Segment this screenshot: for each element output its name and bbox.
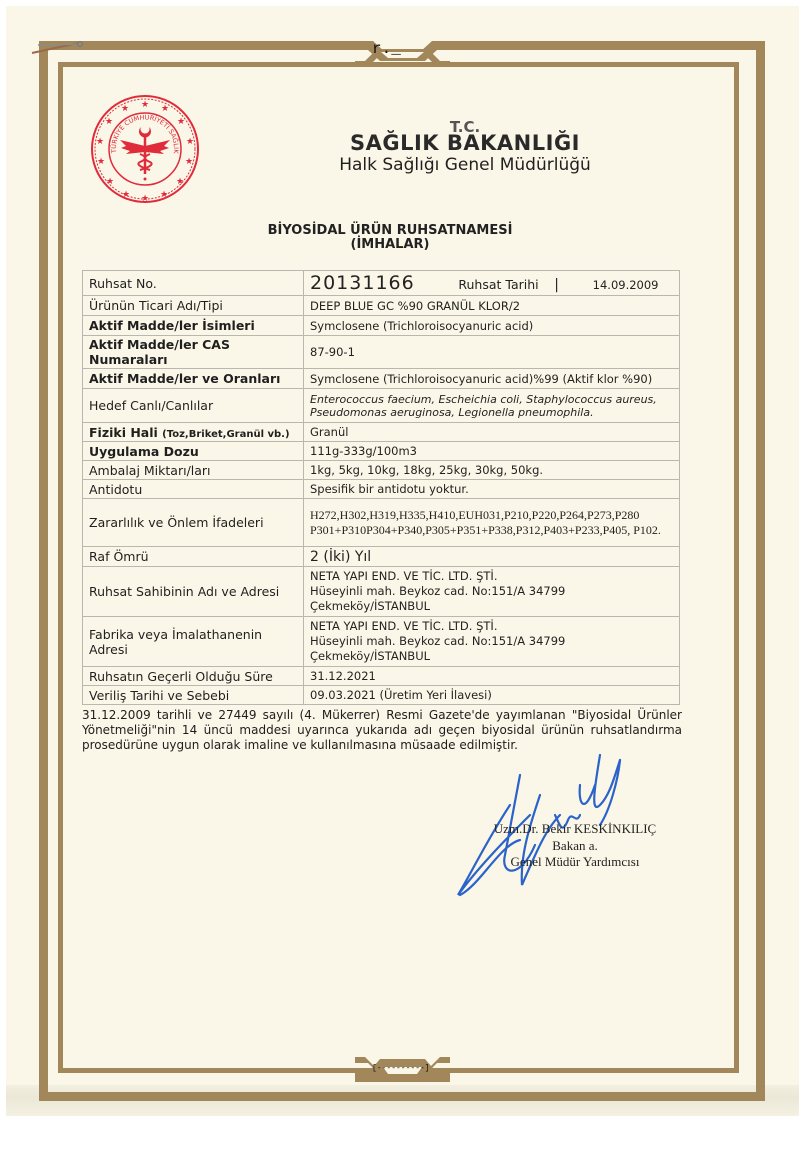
ministry-seal-icon: ★★★ ★★ ★★ ★★ ★★ ★★★ TÜRKİYE CUMHURİYETİ … [90,94,200,204]
svg-text:★: ★ [122,190,130,200]
table-row: Veriliş Tarihi ve Sebebi 09.03.2021 (Üre… [83,686,680,705]
table-row: Raf Ömrü 2 (İki) Yıl [83,547,680,567]
table-row: Ruhsat Sahibinin Adı ve Adresi NETA YAPI… [83,567,680,617]
row-label: Uygulama Dozu [83,442,304,461]
table-row: Fabrika veya İmalathanenin Adresi NETA Y… [83,617,680,667]
document-title-line2: (İMHALAR) [210,238,570,252]
application-dose: 111g-333g/100m3 [304,442,680,461]
top-border-ornament [355,40,450,72]
directorate-name: Halk Sağlığı Genel Müdürlüğü [290,155,640,175]
svg-text:★: ★ [121,104,129,114]
row-label: Aktif Madde/ler ve Oranları [83,369,304,389]
table-row: Aktif Madde/ler İsimleri Symclosene (Tri… [83,316,680,336]
table-row: Ürünün Ticari Adı/Tipi DEEP BLUE GC %90 … [83,296,680,316]
table-row: Antidotu Spesifik bir antidotu yoktur. [83,480,680,499]
table-row: Ruhsatın Geçerli Olduğu Süre 31.12.2021 [83,667,680,686]
license-date-label: Ruhsat Tarihi [458,277,538,292]
document-title-line1: BİYOSİDAL ÜRÜN RUHSATNAMESİ [210,224,570,238]
factory-city: Çekmeköy/İSTANBUL [310,649,673,664]
holder-city: Çekmeköy/İSTANBUL [310,599,673,614]
table-row: Aktif Madde/ler ve Oranları Symclosene (… [83,369,680,389]
signatory-role-line1: Bakan a. [455,838,695,854]
table-row: Hedef Canlı/Canlılar Enterococcus faeciu… [83,389,680,423]
row-label-note: (Toz,Briket,Granül vb.) [162,429,289,440]
table-row-license-no: Ruhsat No. 20131166 Ruhsat Tarihi | 14.0… [83,271,680,296]
document-title: BİYOSİDAL ÜRÜN RUHSATNAMESİ (İMHALAR) [210,224,570,252]
row-label: Raf Ömrü [83,547,304,567]
target-organisms: Enterococcus faecium, Escheichia coli, S… [304,389,680,423]
shelf-life: 2 (İki) Yıl [304,547,680,567]
row-label: Ruhsat Sahibinin Adı ve Adresi [83,567,304,617]
table-row: Zararlılık ve Önlem İfadeleri H272,H302,… [83,499,680,547]
svg-text:★: ★ [186,137,194,147]
table-row: Ambalaj Miktarı/ları 1kg, 5kg, 10kg, 18k… [83,461,680,480]
factory-company: NETA YAPI END. VE TİC. LTD. ŞTİ. [310,619,673,634]
table-row: Aktif Madde/ler CAS Numaraları 87-90-1 [83,336,680,369]
table-row: Uygulama Dozu 111g-333g/100m3 [83,442,680,461]
table-row: Fiziki Hali (Toz,Briket,Granül vb.) Gran… [83,423,680,442]
holder-company: NETA YAPI END. VE TİC. LTD. ŞTİ. [310,569,673,584]
license-date: 14.09.2009 [593,278,659,292]
holder-address: Hüseyinli mah. Beykoz cad. No:151/A 3479… [310,584,673,599]
row-label: Aktif Madde/ler CAS Numaraları [83,336,304,369]
signatory-name: Uzm.Dr. Bekir KESKİNKILIÇ [455,821,695,837]
factory-address: NETA YAPI END. VE TİC. LTD. ŞTİ. Hüseyin… [304,617,680,667]
cas-number: 87-90-1 [304,336,680,369]
row-label: Ruhsat No. [83,271,304,296]
ministry-name: SAĞLIK BAKANLIĞI [290,131,640,155]
svg-text:★: ★ [185,157,193,167]
separator: | [554,277,559,293]
active-substance-ratio: Symclosene (Trichloroisocyanuric acid)%9… [304,369,680,389]
package-sizes: 1kg, 5kg, 10kg, 18kg, 25kg, 30kg, 50kg. [304,461,680,480]
svg-text:★: ★ [105,117,113,127]
row-label: Ürünün Ticari Adı/Tipi [83,296,304,316]
svg-text:★: ★ [141,100,149,110]
row-label: Veriliş Tarihi ve Sebebi [83,686,304,705]
svg-text:★: ★ [177,117,185,127]
hazard-precaution-statements: H272,H302,H319,H335,H410,EUH031,P210,P22… [304,499,680,547]
factory-street: Hüseyinli mah. Beykoz cad. No:151/A 3479… [310,634,673,649]
row-label: Hedef Canlı/Canlılar [83,389,304,423]
physical-form: Granül [304,423,680,442]
svg-text:★: ★ [160,190,168,200]
row-label: Antidotu [83,480,304,499]
top-mark: r._ [372,40,401,58]
row-label: Aktif Madde/ler İsimleri [83,316,304,336]
row-label: Ruhsatın Geçerli Olduğu Süre [83,667,304,686]
row-label: Zararlılık ve Önlem İfadeleri [83,499,304,547]
paper-clip-wire [30,40,86,54]
license-table: Ruhsat No. 20131166 Ruhsat Tarihi | 14.0… [82,270,680,705]
svg-text:★: ★ [106,177,114,187]
row-label: Fiziki Hali (Toz,Briket,Granül vb.) [83,423,304,442]
validity-date: 31.12.2021 [304,667,680,686]
active-substance: Symclosene (Trichloroisocyanuric acid) [304,316,680,336]
issue-date-reason: 09.03.2021 (Üretim Yeri İlavesi) [304,686,680,705]
row-label: Fabrika veya İmalathanenin Adresi [83,617,304,667]
svg-text:★: ★ [161,104,169,114]
license-number: 20131166 [310,272,415,294]
signatory-role-line2: Genel Müdür Yardımcısı [455,854,695,870]
bottom-mark: [----------] [372,1064,430,1073]
license-holder: NETA YAPI END. VE TİC. LTD. ŞTİ. Hüseyin… [304,567,680,617]
svg-text:★: ★ [96,137,104,147]
row-label: Ambalaj Miktarı/ları [83,461,304,480]
product-name: DEEP BLUE GC %90 GRANÜL KLOR/2 [304,296,680,316]
svg-text:★: ★ [97,157,105,167]
row-label-text: Fiziki Hali [89,425,158,440]
antidote: Spesifik bir antidotu yoktur. [304,480,680,499]
svg-text:★: ★ [141,194,149,204]
svg-text:★: ★ [176,177,184,187]
row-value: 20131166 Ruhsat Tarihi | 14.09.2009 [304,271,680,296]
